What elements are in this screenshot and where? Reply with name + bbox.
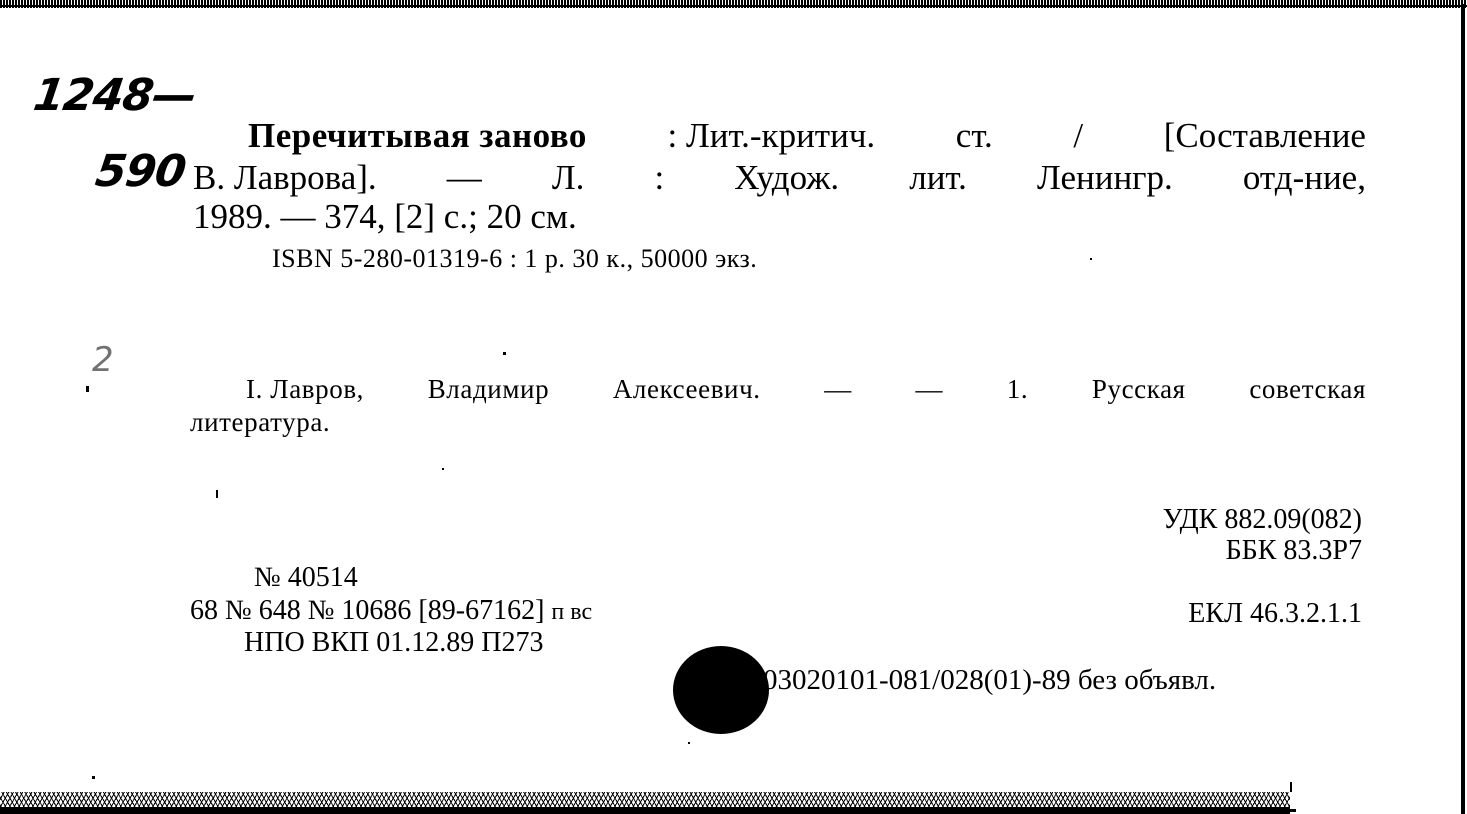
title-segment: / — [1073, 118, 1083, 153]
tracing-segment: 1. — [1007, 374, 1028, 405]
scan-speck — [503, 352, 506, 355]
imprint-segment: В. Лаврова]. — [193, 160, 377, 195]
title-segment: [Составление — [1164, 118, 1366, 153]
order-line: 68 № 648 № 10686 [89-67162] п вс — [190, 597, 592, 625]
order-suffix: п вс — [551, 599, 592, 625]
isbn-line: ISBN 5-280-01319-6 : 1 р. 30 к., 50000 э… — [272, 244, 757, 274]
card-number: № 40514 — [254, 564, 358, 592]
imprint-segment: Л. — [552, 160, 585, 195]
punch-hole — [673, 646, 769, 734]
title-segment: : Лит.-критич. — [668, 118, 876, 153]
scan-speck — [1090, 258, 1092, 260]
scan-speck — [688, 742, 690, 744]
imprint-segment: Ленингр. — [1037, 160, 1173, 195]
imprint-segment: — — [447, 160, 482, 195]
scan-speck — [86, 386, 89, 392]
card-bottom-tick — [1288, 809, 1296, 812]
ekl-code: ЕКЛ 46.3.2.1.1 — [1188, 600, 1362, 628]
tracing-segment: — — [916, 374, 944, 405]
scan-speck — [92, 776, 95, 779]
tracing-segment: Владимир — [428, 374, 550, 405]
imprint-line: В. Лаврова]. — Л. : Худож. лит. Ленингр.… — [193, 160, 1366, 195]
handwritten-margin-mark: 2 — [92, 340, 118, 380]
card-top-edge — [0, 0, 1467, 8]
publisher-code: 03020101-081/028(01)-89 без объявл. — [763, 666, 1216, 695]
catalog-card: 1248— 590 2 Перечитывая заново : Лит.-кр… — [0, 0, 1467, 814]
book-title: Перечитывая заново — [248, 118, 587, 153]
imprint-segment: отд-ние, — [1243, 160, 1366, 195]
tracing-segment: I. Лавров, — [246, 374, 364, 405]
udk-code: УДК 882.09(082) — [1163, 506, 1362, 534]
handwritten-call-number-line1: 1248— — [31, 74, 199, 118]
scan-speck — [1290, 782, 1292, 792]
imprint-segment: Худож. — [734, 160, 839, 195]
tracing-segment: — — [824, 374, 852, 405]
handwritten-call-number-line2: 590 — [93, 150, 188, 194]
producer-line: НПО ВКП 01.12.89 П273 — [244, 629, 543, 657]
title-segment: ст. — [956, 118, 993, 153]
imprint-segment: : — [654, 160, 664, 195]
tracing-segment: советская — [1249, 374, 1366, 405]
card-bottom-edge — [0, 792, 1290, 814]
tracing-segment: Русская — [1092, 374, 1186, 405]
card-right-edge — [1461, 4, 1465, 814]
tracing-segment: Алексеевич. — [613, 374, 761, 405]
imprint-segment: лит. — [909, 160, 967, 195]
title-line: Перечитывая заново : Лит.-критич. ст. / … — [248, 118, 1366, 153]
tracings-line-2: литература. — [190, 407, 330, 438]
bbk-code: ББК 83.3Р7 — [1226, 537, 1362, 565]
scan-speck — [442, 468, 444, 470]
order-numbers: 68 № 648 № 10686 [89-67162] — [190, 595, 544, 626]
tracings-line: I. Лавров, Владимир Алексеевич. — — 1. Р… — [246, 374, 1366, 405]
physical-description: 1989. — 374, [2] с.; 20 см. — [193, 199, 577, 234]
scan-speck — [216, 490, 218, 498]
